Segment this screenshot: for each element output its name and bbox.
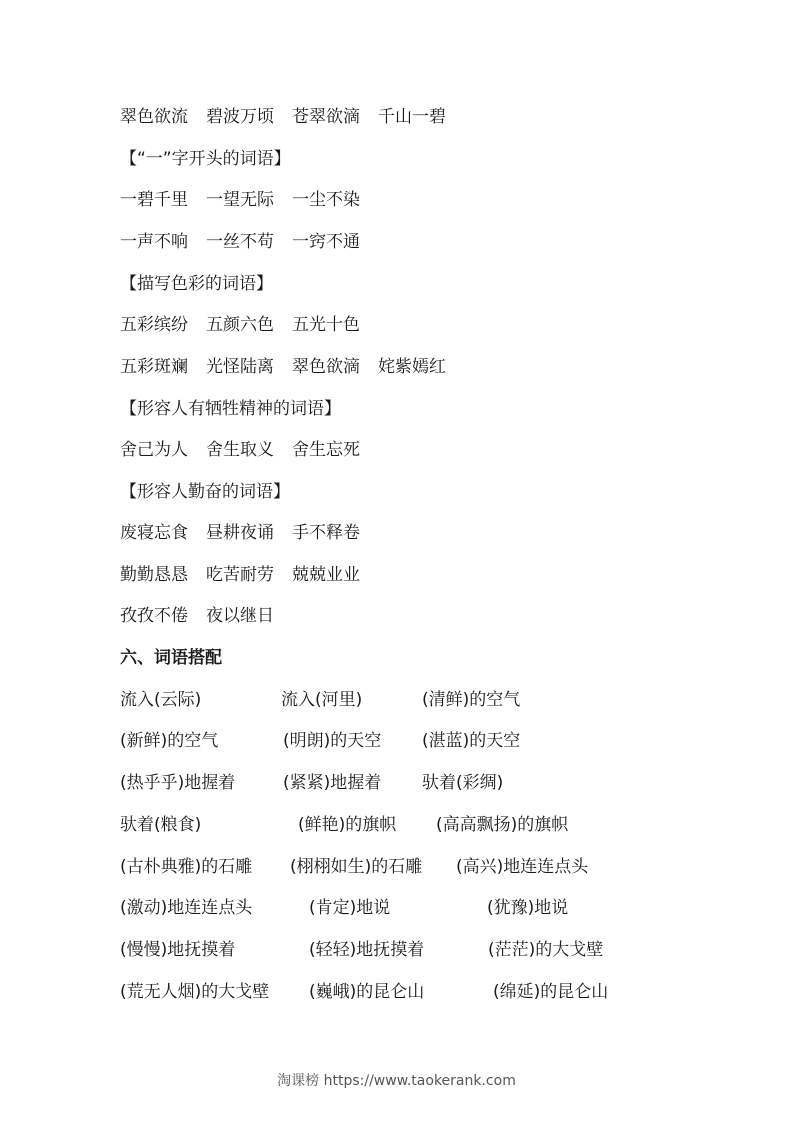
pairing-item: (明朗)的天空 (283, 730, 381, 752)
word: 吃苦耐劳 (206, 564, 274, 586)
pairing-item: (肯定)地说 (309, 897, 390, 919)
pairing-row: (激动)地连连点头 (肯定)地说 (犹豫)地说 (120, 897, 680, 919)
word-line: 舍己为人舍生取义舍生忘死 (120, 439, 378, 461)
section-title: 六、词语搭配 (120, 647, 222, 669)
pairing-item: 驮着(彩绸) (422, 772, 503, 794)
pairing-item: (绵延)的昆仑山 (493, 981, 608, 1003)
pairing-item: (荒无人烟)的大戈壁 (120, 981, 269, 1003)
pairing-row: (新鲜)的空气 (明朗)的天空 (湛蓝)的天空 (120, 730, 680, 752)
word: 姹紫嫣红 (378, 356, 446, 378)
category-heading: 【形容人勤奋的词语】 (120, 481, 290, 503)
word: 舍生取义 (206, 439, 274, 461)
word: 五彩斑斓 (120, 356, 188, 378)
pairing-item: 驮着(粮食) (120, 814, 201, 836)
pairing-item: (巍峨)的昆仑山 (309, 981, 424, 1003)
category-heading: 【“一”字开头的词语】 (120, 148, 291, 170)
word: 千山一碧 (378, 106, 446, 128)
pairing-item: (湛蓝)的天空 (422, 730, 520, 752)
word: 夜以继日 (206, 605, 274, 627)
word: 一碧千里 (120, 189, 188, 211)
word: 翠色欲流 (120, 106, 188, 128)
word: 手不释卷 (292, 522, 360, 544)
word: 五颜六色 (206, 314, 274, 336)
word: 翠色欲滴 (292, 356, 360, 378)
pairing-item: (激动)地连连点头 (120, 897, 252, 919)
pairing-item: (鲜艳)的旗帜 (298, 814, 396, 836)
word: 五光十色 (292, 314, 360, 336)
word-line: 一声不响一丝不苟一窍不通 (120, 231, 378, 253)
word: 孜孜不倦 (120, 605, 188, 627)
category-heading: 【形容人有牺牲精神的词语】 (120, 398, 341, 420)
word-line: 废寝忘食昼耕夜诵手不释卷 (120, 522, 378, 544)
word: 一望无际 (206, 189, 274, 211)
pairing-row: (慢慢)地抚摸着 (轻轻)地抚摸着 (茫茫)的大戈壁 (120, 939, 680, 961)
document-page: 翠色欲流碧波万顷苍翠欲滴千山一碧 【“一”字开头的词语】 一碧千里一望无际一尘不… (0, 0, 793, 1122)
pairing-item: 流入(云际) (120, 689, 201, 711)
word-line: 五彩斑斓光怪陆离翠色欲滴姹紫嫣红 (120, 356, 464, 378)
word: 一窍不通 (292, 231, 360, 253)
word: 舍己为人 (120, 439, 188, 461)
word: 兢兢业业 (292, 564, 360, 586)
pairing-item: (茫茫)的大戈壁 (488, 939, 603, 961)
word: 废寝忘食 (120, 522, 188, 544)
pairing-row: (荒无人烟)的大戈壁 (巍峨)的昆仑山 (绵延)的昆仑山 (120, 981, 680, 1003)
word-line: 勤勤恳恳吃苦耐劳兢兢业业 (120, 564, 378, 586)
pairing-item: (高兴)地连连点头 (456, 856, 588, 878)
word: 碧波万顷 (206, 106, 274, 128)
word-line: 翠色欲流碧波万顷苍翠欲滴千山一碧 (120, 106, 464, 128)
footer-watermark: 淘课榜 https://www.taokerank.com (0, 1070, 793, 1090)
word: 一尘不染 (292, 189, 360, 211)
word: 勤勤恳恳 (120, 564, 188, 586)
word: 苍翠欲滴 (292, 106, 360, 128)
category-heading: 【描写色彩的词语】 (120, 273, 273, 295)
word-line: 五彩缤纷五颜六色五光十色 (120, 314, 378, 336)
pairing-item: (热乎乎)地握着 (120, 772, 235, 794)
pairing-row: 驮着(粮食) (鲜艳)的旗帜 (高高飘扬)的旗帜 (120, 814, 680, 836)
word: 光怪陆离 (206, 356, 274, 378)
word: 五彩缤纷 (120, 314, 188, 336)
pairing-item: (古朴典雅)的石雕 (120, 856, 252, 878)
pairing-item: (轻轻)地抚摸着 (309, 939, 424, 961)
word: 舍生忘死 (292, 439, 360, 461)
pairing-row: (古朴典雅)的石雕 (栩栩如生)的石雕 (高兴)地连连点头 (120, 856, 680, 878)
pairing-item: (清鲜)的空气 (422, 689, 520, 711)
pairing-row: 流入(云际) 流入(河里) (清鲜)的空气 (120, 689, 680, 711)
pairing-row: (热乎乎)地握着 (紧紧)地握着 驮着(彩绸) (120, 772, 680, 794)
word-line: 一碧千里一望无际一尘不染 (120, 189, 378, 211)
word: 一丝不苟 (206, 231, 274, 253)
word-line: 孜孜不倦夜以继日 (120, 605, 292, 627)
pairing-item: (犹豫)地说 (487, 897, 568, 919)
pairing-item: (高高飘扬)的旗帜 (436, 814, 568, 836)
pairing-item: (新鲜)的空气 (120, 730, 218, 752)
pairing-item: (慢慢)地抚摸着 (120, 939, 235, 961)
word: 昼耕夜诵 (206, 522, 274, 544)
pairing-item: (栩栩如生)的石雕 (290, 856, 422, 878)
word: 一声不响 (120, 231, 188, 253)
pairing-item: (紧紧)地握着 (283, 772, 381, 794)
pairing-item: 流入(河里) (281, 689, 362, 711)
